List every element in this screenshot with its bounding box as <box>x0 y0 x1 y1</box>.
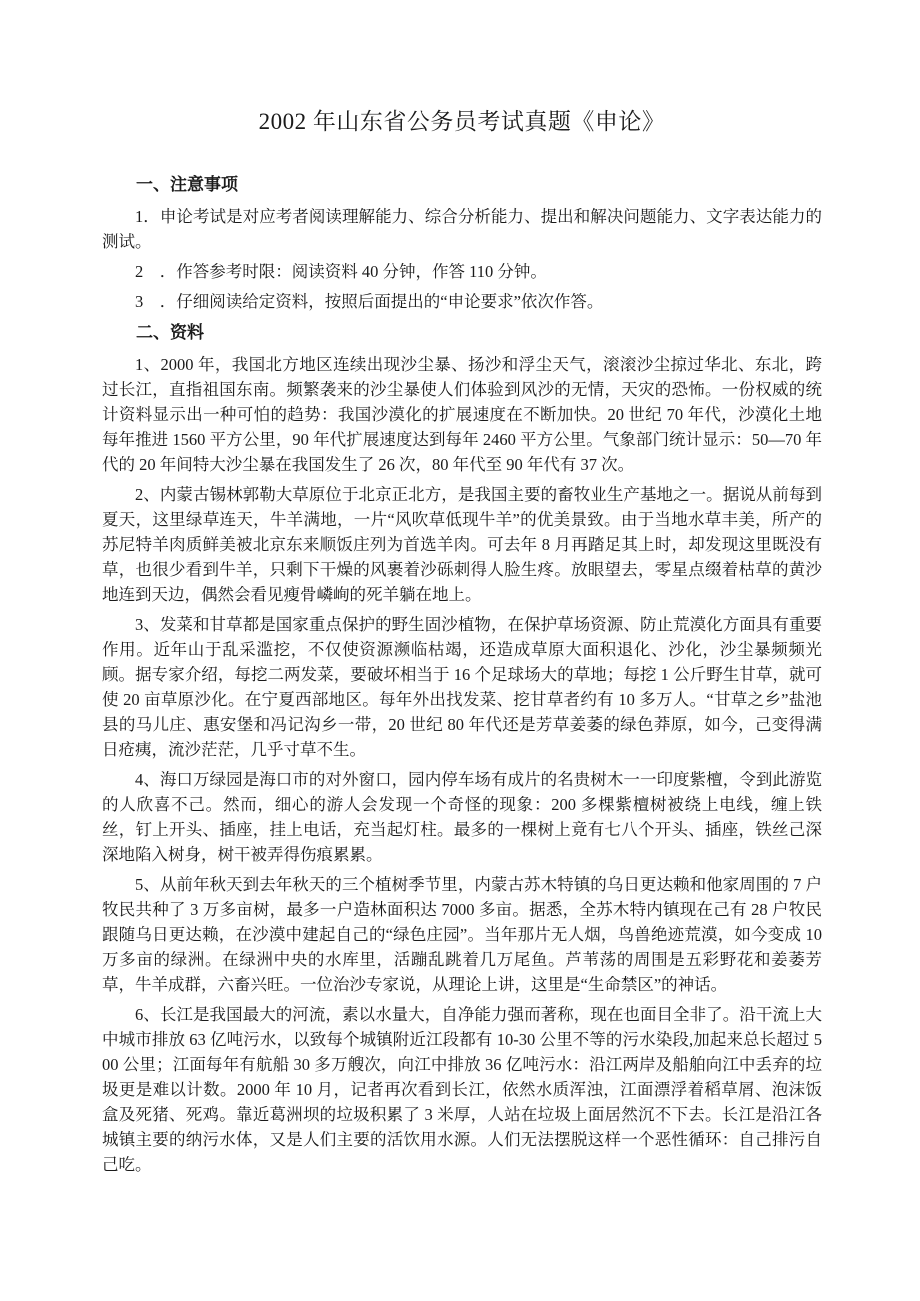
document-page: 2002 年山东省公务员考试真题《申论》 一、注意事项 1．申论考试是对应考者阅… <box>0 0 920 1301</box>
document-title: 2002 年山东省公务员考试真题《申论》 <box>102 106 822 138</box>
material-paragraph-5: 5、从前年秋天到去年秋天的三个植树季节里，内蒙古苏木特镇的乌日更达赖和他家周围的… <box>102 872 822 997</box>
section-heading-notice: 一、注意事项 <box>102 172 822 197</box>
material-paragraph-1: 1、2000 年，我国北方地区连续出现沙尘暴、扬沙和浮尘天气，滚滚沙尘掠过华北、… <box>102 352 822 477</box>
material-paragraph-6: 6、长江是我国最大的河流，素以水量大，自净能力强而著称，现在也面目全非了。沿干流… <box>102 1002 822 1177</box>
notice-item-2: 2 ．作答参考时限：阅读资料 40 分钟，作答 110 分钟。 <box>102 259 822 284</box>
notice-item-1: 1．申论考试是对应考者阅读理解能力、综合分析能力、提出和解决问题能力、文字表达能… <box>102 204 822 254</box>
notice-item-3: 3 ．仔细阅读给定资料，按照后面提出的“申论要求”依次作答。 <box>102 289 822 314</box>
section-heading-materials: 二、资料 <box>102 320 822 345</box>
material-paragraph-3: 3、发菜和甘草都是国家重点保护的野生固沙植物，在保护草场资源、防止荒漠化方面具有… <box>102 612 822 762</box>
material-paragraph-4: 4、海口万绿园是海口市的对外窗口，园内停车场有成片的名贵树木一一印度紫檀，令到此… <box>102 767 822 867</box>
material-paragraph-2: 2、内蒙古锡林郭勒大草原位于北京正北方，是我国主要的畜牧业生产基地之一。据说从前… <box>102 482 822 607</box>
